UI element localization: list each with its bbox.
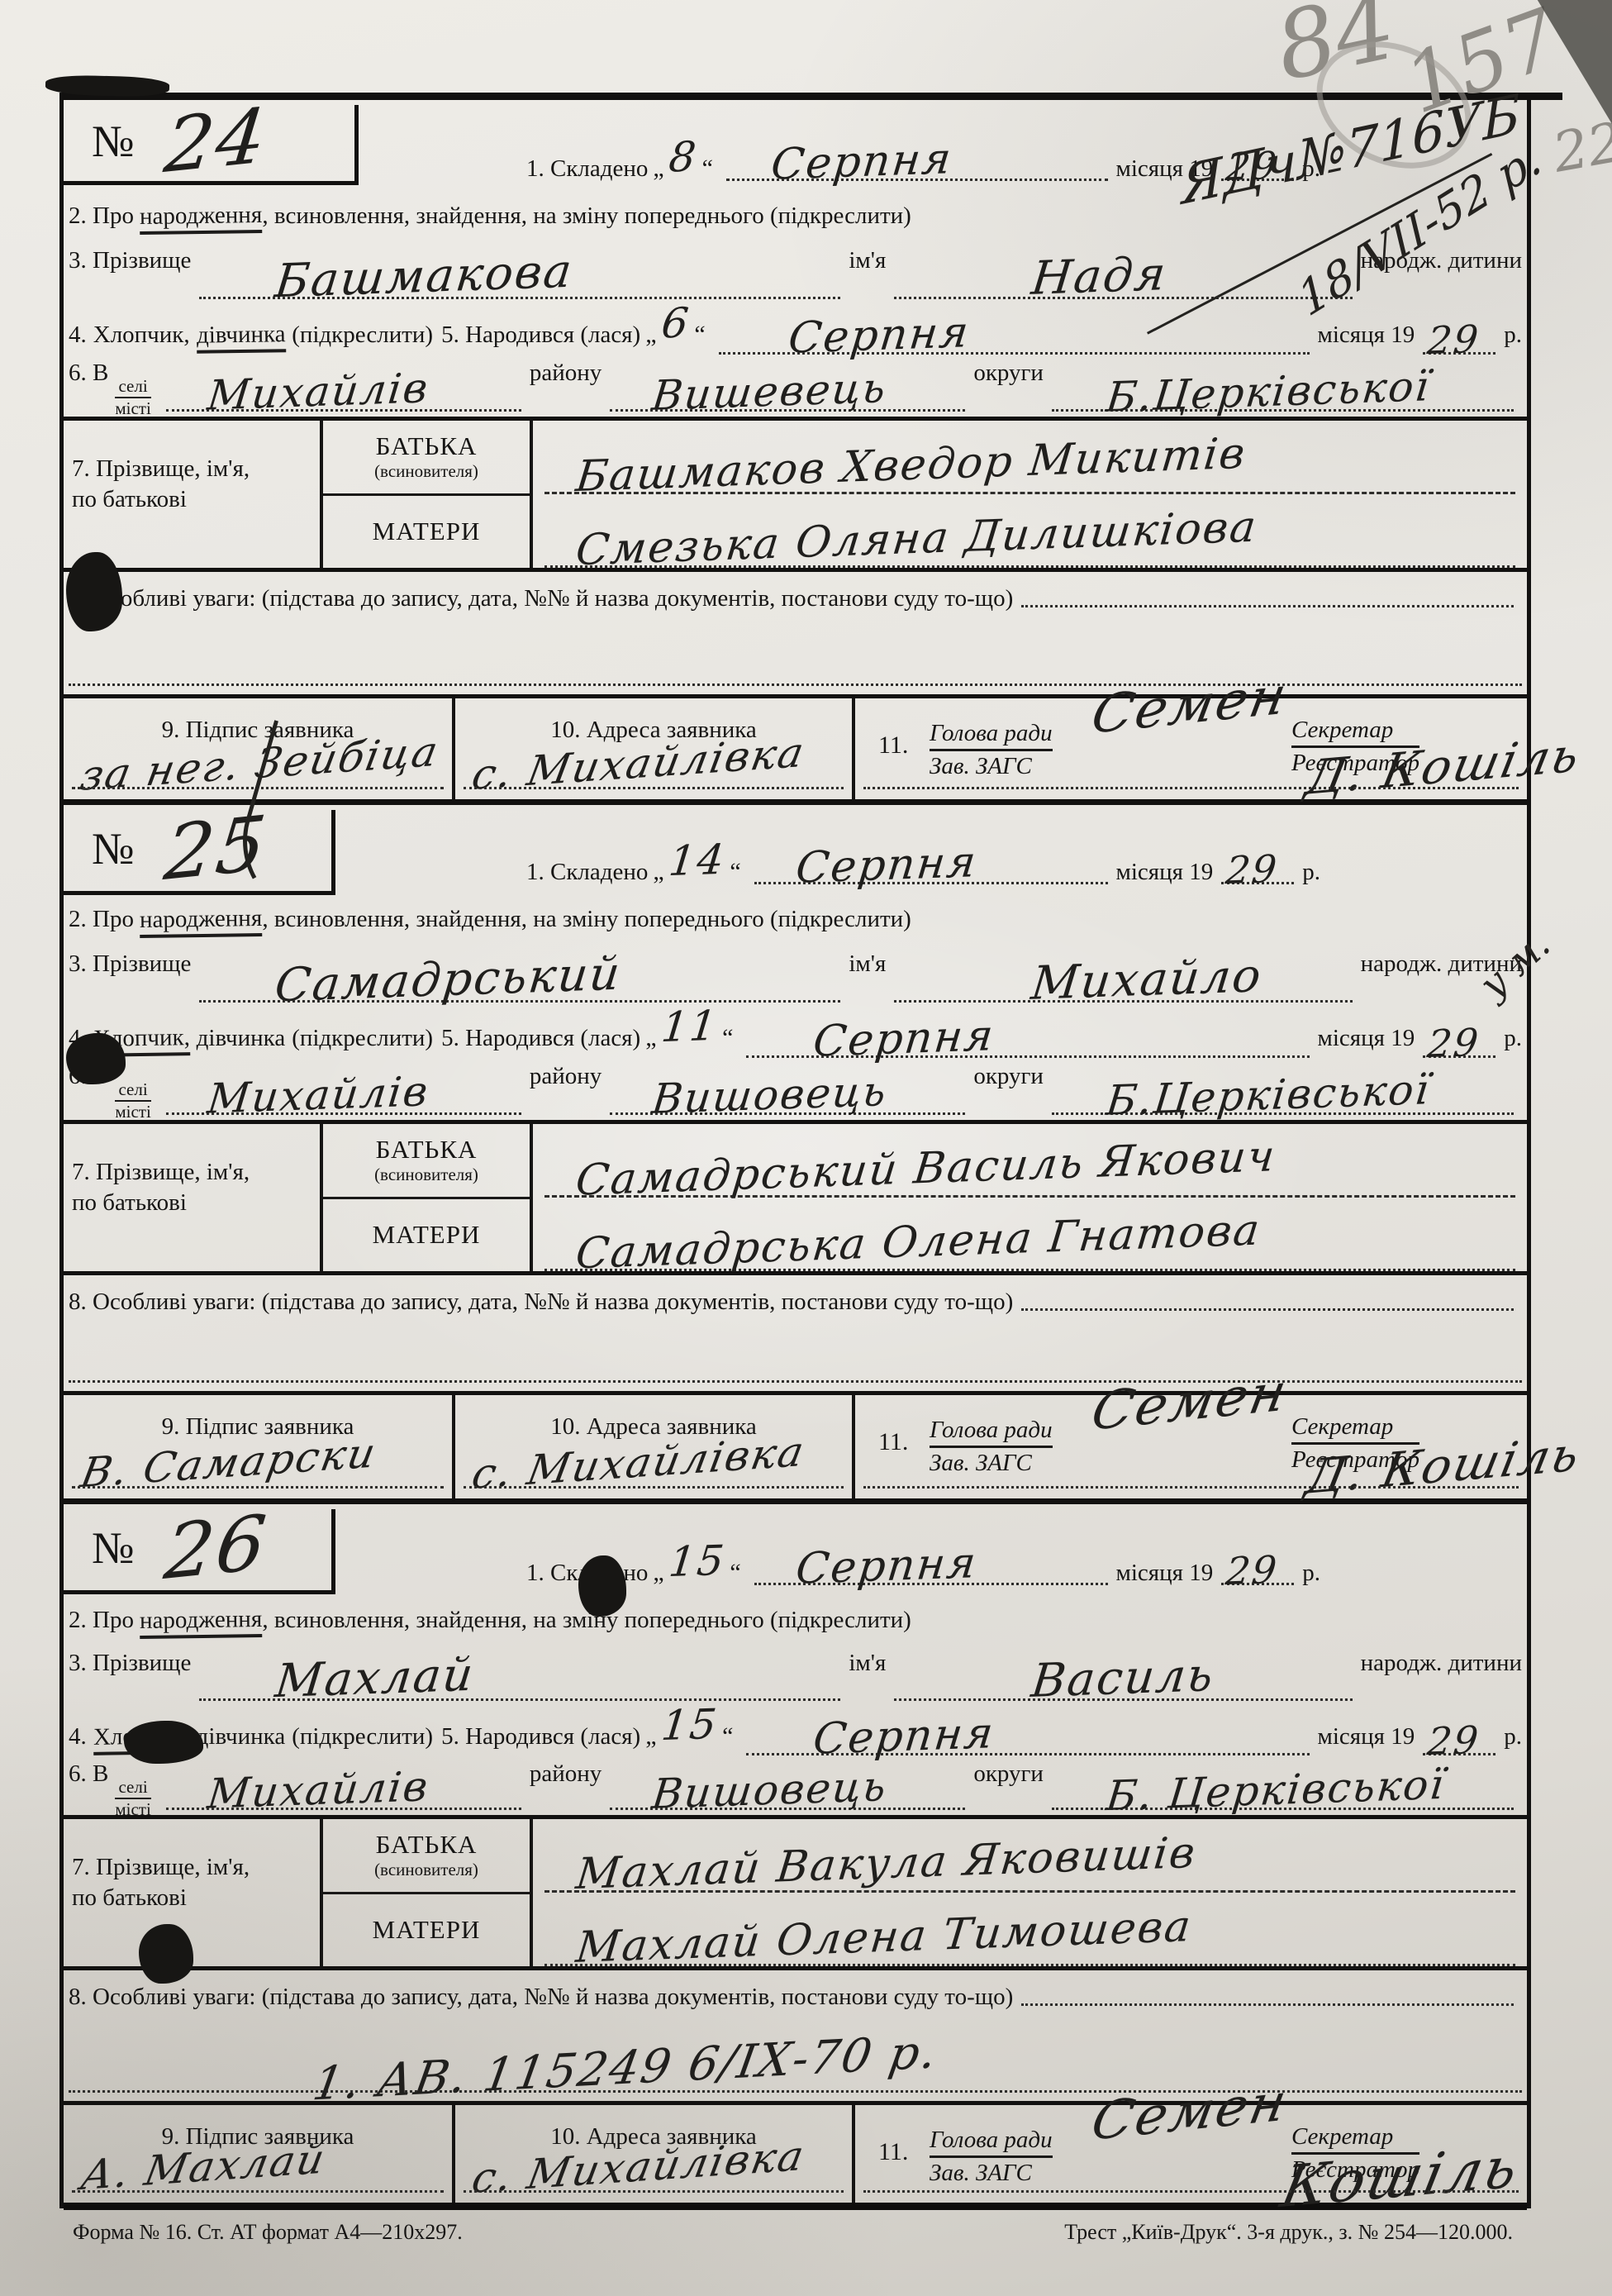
- born-month-line: Серпня: [746, 1051, 1309, 1058]
- misti-option: місті: [115, 1799, 150, 1819]
- father-label: БАТЬКА: [376, 1830, 478, 1860]
- quote-open: „: [653, 1559, 663, 1587]
- composed-year-line: 29: [1221, 1579, 1294, 1585]
- girl-option-underlined: дівчинка: [196, 321, 285, 353]
- zags-label: Зав. ЗАГС: [930, 753, 1053, 780]
- district-value: Вишовець: [649, 1762, 890, 1818]
- year-r-label: р.: [1504, 322, 1522, 349]
- applicant-address-cell: 10. Адреса заявника с. Михайлівка: [455, 2105, 855, 2203]
- born-month-line: Серпня: [746, 1749, 1309, 1755]
- mother-value-row: Самадрська Олена Гнатова: [544, 1198, 1515, 1271]
- record-26: № 26 1. Складено „ 15 “ Серпня місяця 19…: [64, 1504, 1527, 2210]
- boy-option: Хлопчик,: [93, 322, 190, 349]
- father-value-row: Башмаков Хведор Микитів: [544, 421, 1515, 494]
- line4-number: 4.: [69, 1723, 87, 1751]
- narodzh-dytyny-label: народж. дитини: [1361, 1650, 1522, 1677]
- line7-parents-table: 7. Прізвище, ім'я, по батькові БАТЬКА (в…: [64, 1815, 1527, 1970]
- line2-rest: , всиновлення, знайдення, на зміну попер…: [262, 906, 911, 932]
- village-value: Михайлів: [206, 364, 432, 419]
- misti-option: місті: [115, 1102, 150, 1122]
- name-label: ім'я: [849, 1650, 886, 1677]
- ink-blot: [124, 1721, 203, 1764]
- year-r-label: р.: [1504, 1025, 1522, 1052]
- zags-label: Зав. ЗАГС: [930, 2160, 1053, 2187]
- applicant-signature-cell: 9. Підпис заявника В. Самарски: [64, 1395, 455, 1498]
- adopter-label: (всиновителя): [374, 1860, 478, 1880]
- father-cell: БАТЬКА (всиновителя): [323, 1819, 530, 1894]
- composed-year-value: 29: [1224, 846, 1281, 893]
- composed-month-value: Серпня: [793, 837, 979, 893]
- mother-name-value: Смезька Оляна Дилишкіова: [573, 503, 1260, 576]
- father-name-value: Самадрський Василь Якович: [573, 1131, 1278, 1205]
- born-day-value: 6: [659, 298, 692, 347]
- parents-label-line1: 7. Прізвище, ім'я,: [72, 1159, 320, 1186]
- composed-month-value: Серпня: [793, 1538, 979, 1594]
- born-day-value: 15: [659, 1700, 720, 1750]
- born-year-line: 29: [1423, 1051, 1495, 1058]
- line8-remarks: 8. Особливі уваги: (підстава до запису, …: [64, 1275, 1527, 1391]
- applicant-address-cell: 10. Адреса заявника с. Михайлівка: [455, 698, 855, 799]
- underlined-narodzhennia: народження: [140, 905, 263, 938]
- name-value: Василь: [1029, 1648, 1217, 1708]
- remarks-tail-line: [1021, 601, 1514, 607]
- quote-open: „: [653, 155, 663, 183]
- remarks-label: 8. Особливі уваги: (підстава до запису, …: [69, 585, 1013, 612]
- mother-cell: МАТЕРИ: [323, 496, 530, 569]
- composed-line: 1. Складено „ 15 “ Серпня місяця 19 29 р…: [526, 1542, 1320, 1590]
- remarks-label-line: 8. Особливі уваги: (підстава до запису, …: [69, 572, 1522, 612]
- line8-remarks: 8. Особливі уваги: (підстава до запису, …: [64, 572, 1527, 694]
- parents-row-label: 7. Прізвище, ім'я, по батькові: [64, 1819, 320, 1966]
- line6-place: 6. В селімісті Михайлів району Вишовець …: [64, 1063, 1527, 1120]
- composed-label: 1. Складено: [526, 859, 648, 886]
- raion-label: району: [530, 1760, 602, 1788]
- raion-label: району: [530, 360, 602, 387]
- remarks-tail-line: [1021, 1999, 1514, 2006]
- line7-parents-table: 7. Прізвище, ім'я, по батькові БАТЬКА (в…: [64, 1120, 1527, 1275]
- parents-values: Самадрський Василь Якович Самадрська Оле…: [533, 1124, 1527, 1271]
- year-r-label: р.: [1504, 1723, 1522, 1751]
- signature-row: 9. Підпис заявника А. Махлай 10. Адреса …: [64, 2101, 1527, 2203]
- line45-sex-birthdate: 4. Хлопчик, дівчинка (підкреслити) 5. На…: [64, 1706, 1527, 1760]
- record-26-header: № 26 1. Складено „ 15 “ Серпня місяця 19…: [64, 1504, 1527, 1603]
- underlined-narodzhennia: народження: [140, 1606, 263, 1639]
- record-number-value: 26: [161, 1505, 271, 1591]
- born-year-value: 29: [1425, 1717, 1482, 1764]
- notes-value: 1. АВ. 115249 6/ІХ-70 р.: [309, 2025, 942, 2111]
- line45-sex-birthdate: 4. Хлопчик, дівчинка (підкреслити) 5. На…: [64, 1007, 1527, 1063]
- village-line: Михайлів: [166, 1108, 521, 1115]
- father-value-row: Самадрський Василь Якович: [544, 1124, 1515, 1198]
- line6-place: 6. В селімісті Михайлів району Вишовець …: [64, 1760, 1527, 1815]
- seli-misti-choice: селімісті: [115, 376, 150, 418]
- number-sign: №: [92, 116, 135, 167]
- underlined-narodzhennia: народження: [140, 202, 263, 235]
- quote-open: „: [645, 1024, 656, 1052]
- raion-line: Вишовець: [610, 1108, 965, 1115]
- head-of-council-label: Голова ради: [930, 720, 1053, 751]
- month-19-label: місяця 19: [1116, 859, 1214, 886]
- remarks-value-line: 1. АВ. 115249 6/ІХ-70 р.: [69, 2085, 1522, 2093]
- father-name-value: Башмаков Хведор Микитів: [573, 429, 1248, 502]
- parents-row-label: 7. Прізвище, ім'я, по батькові: [64, 1124, 320, 1271]
- born-month-value: Серпня: [787, 307, 972, 364]
- line4-number: 4.: [69, 322, 87, 349]
- adopter-label: (всиновителя): [374, 1165, 478, 1185]
- zags-label: Зав. ЗАГС: [930, 1450, 1053, 1477]
- line2-prefix: 2. Про: [69, 1607, 140, 1633]
- parents-values: Башмаков Хведор Микитів Смезька Оляна Ди…: [533, 421, 1527, 568]
- form-number-imprint: Форма № 16. Ст. АТ формат А4—210x297.: [73, 2220, 463, 2245]
- underline-hint-label: (підкреслити): [292, 322, 433, 349]
- surname-value: Башмакова: [273, 245, 576, 308]
- born-year-value: 29: [1425, 317, 1482, 363]
- quote-close: “: [722, 1722, 733, 1751]
- born-month-line: Серпня: [719, 348, 1310, 355]
- month-19-label: місяця 19: [1318, 1723, 1415, 1751]
- quote-close: “: [730, 858, 740, 886]
- line2-rest: , всиновлення, знайдення, на зміну попер…: [262, 202, 911, 229]
- okruha-label: округи: [973, 1760, 1044, 1788]
- composed-month-line: Серпня: [754, 1579, 1108, 1585]
- surname-value: Самадрський: [273, 947, 624, 1013]
- remarks-value-line: [69, 679, 1522, 686]
- head-of-council-stack: Голова ради Зав. ЗАГС: [930, 2127, 1053, 2187]
- applicant-address-cell: 10. Адреса заявника с. Михайлівка: [455, 1395, 855, 1498]
- year-r-label: р.: [1302, 859, 1320, 886]
- record-number-box: № 24: [64, 105, 359, 185]
- number-sign: №: [92, 1522, 135, 1574]
- quote-open: „: [653, 858, 663, 886]
- head-of-council-label: Голова ради: [930, 2127, 1053, 2158]
- seli-option: селі: [115, 1079, 150, 1102]
- okruha-value: Б.Церківської: [1104, 1065, 1433, 1125]
- okruha-value: Б. Церківської: [1104, 1760, 1448, 1820]
- okruha-label: округи: [973, 360, 1044, 387]
- born-year-line: 29: [1423, 348, 1495, 355]
- village-value: Михайлів: [206, 1067, 432, 1122]
- composed-year-line: 29: [1221, 878, 1294, 884]
- composed-line: 1. Складено „ 14 “ Серпня місяця 19 29 р…: [526, 841, 1320, 889]
- mother-label: МАТЕРИ: [373, 1220, 481, 1250]
- mother-value-row: Махлай Олена Тимошева: [544, 1893, 1515, 1966]
- form-imprint: Форма № 16. Ст. АТ формат А4—210x297. Тр…: [0, 2220, 1612, 2245]
- seli-option: селі: [115, 1777, 150, 1799]
- mother-name-value: Махлай Олена Тимошева: [573, 1902, 1194, 1973]
- father-label: БАТЬКА: [376, 1135, 478, 1165]
- pencil-number-annotation: 22: [1548, 110, 1612, 184]
- seli-option: селі: [115, 376, 150, 398]
- surname-label: 3. Прізвище: [69, 1650, 191, 1677]
- okruha-line: Б. Церківської: [1052, 1803, 1514, 1810]
- underline-hint-label: (підкреслити): [292, 1723, 433, 1751]
- composed-month-value: Серпня: [769, 134, 955, 190]
- name-line: Михайло: [894, 996, 1352, 1003]
- okruha-value: Б.Церківської: [1104, 362, 1433, 422]
- scanned-registry-page: № 24 1. Складено „ 8 “ Серпня місяця 19 …: [0, 0, 1612, 2296]
- year-r-label: р.: [1302, 1560, 1320, 1587]
- signature-row: 9. Підпис заявника В. Самарски 10. Адрес…: [64, 1391, 1527, 1498]
- composed-day-value: 14: [667, 836, 728, 885]
- officials-cell: 11. Голова ради Зав. ЗАГС Семен Секретар…: [855, 1395, 1527, 1498]
- born-year-line: 29: [1423, 1749, 1495, 1755]
- surname-line: Самадрський: [199, 996, 840, 1003]
- born-label: 5. Народився (лася): [441, 322, 640, 349]
- composed-month-line: Серпня: [754, 878, 1108, 884]
- okruha-line: Б.Церківської: [1052, 405, 1514, 412]
- born-day-value: 11: [659, 1002, 720, 1051]
- mother-label: МАТЕРИ: [373, 1915, 481, 1945]
- mother-value-row: Смезька Оляна Дилишкіова: [544, 494, 1515, 568]
- district-value: Вишовець: [649, 1067, 890, 1123]
- parents-header-cells: БАТЬКА (всиновителя) МАТЕРИ: [320, 421, 533, 568]
- parents-label-line1: 7. Прізвище, ім'я,: [72, 455, 320, 483]
- ink-blot: [578, 1555, 626, 1617]
- line3-child-name: 3. Прізвище Махлай ім'я Василь народж. д…: [64, 1650, 1527, 1706]
- name-line: Василь: [894, 1694, 1352, 1701]
- misti-option: місті: [115, 398, 150, 418]
- name-value: Надя: [1029, 247, 1169, 306]
- line2-prefix: 2. Про: [69, 202, 140, 229]
- girl-option: дівчинка: [197, 1025, 286, 1052]
- parents-values: Махлай Вакула Яковишів Махлай Олена Тимо…: [533, 1819, 1527, 1966]
- seli-misti-choice: селімісті: [115, 1079, 150, 1122]
- surname-line: Башмакова: [199, 293, 840, 299]
- line3-child-name: 3. Прізвище Самадрський ім'я Михайло нар…: [64, 950, 1527, 1007]
- remarks-value-line: [69, 1375, 1522, 1383]
- adopter-label: (всиновителя): [374, 461, 478, 482]
- quote-close: “: [702, 155, 713, 183]
- surname-value: Махлай: [273, 1648, 478, 1708]
- okruha-label: округи: [973, 1063, 1044, 1090]
- month-19-label: місяця 19: [1116, 1560, 1214, 1587]
- mother-label: МАТЕРИ: [373, 517, 481, 546]
- born-label: 5. Народився (лася): [441, 1025, 640, 1052]
- parents-row-label: 7. Прізвище, ім'я, по батькові: [64, 421, 320, 568]
- record-number-box: № 26: [64, 1509, 335, 1594]
- line2-prefix: 2. Про: [69, 906, 140, 932]
- composed-day-value: 15: [667, 1536, 728, 1586]
- surname-label: 3. Прізвище: [69, 950, 191, 978]
- head-of-council-stack: Голова ради Зав. ЗАГС: [930, 720, 1053, 780]
- born-month-value: Серпня: [811, 1708, 997, 1765]
- quote-open: „: [645, 321, 656, 349]
- line11-number: 11.: [878, 731, 908, 760]
- printer-imprint: Трест „Київ-Друк“. 3-я друк., з. № 254—1…: [1064, 2220, 1513, 2245]
- line2-event-type: 2. Про народження, всиновлення, знайденн…: [64, 199, 1527, 247]
- quote-close: “: [730, 1559, 740, 1587]
- underline-hint-label: (підкреслити): [292, 1025, 433, 1052]
- head-of-council-label: Голова ради: [930, 1417, 1053, 1448]
- raion-line: Вишевець: [610, 405, 965, 412]
- composed-label: 1. Складено: [526, 155, 648, 183]
- secretary-label: Секретар: [1291, 1413, 1419, 1445]
- parents-header-cells: БАТЬКА (всиновителя) МАТЕРИ: [320, 1124, 533, 1271]
- father-cell: БАТЬКА (всиновителя): [323, 421, 530, 496]
- line6-prefix: 6. В: [69, 1760, 108, 1788]
- remarks-label-line: 8. Особливі уваги: (підстава до запису, …: [69, 1970, 1522, 2011]
- parents-label-line2: по батькові: [72, 1189, 320, 1217]
- mother-cell: МАТЕРИ: [323, 1894, 530, 1967]
- composed-month-line: Серпня: [726, 174, 1108, 181]
- line8-remarks: 8. Особливі уваги: (підстава до запису, …: [64, 1970, 1527, 2101]
- quote-close: “: [694, 321, 705, 349]
- seli-misti-choice: селімісті: [115, 1777, 150, 1819]
- ink-blot: [66, 1033, 126, 1084]
- raion-line: Вишовець: [610, 1803, 965, 1810]
- father-value-row: Махлай Вакула Яковишів: [544, 1819, 1515, 1893]
- name-value: Михайло: [1029, 949, 1265, 1011]
- father-label: БАТЬКА: [376, 431, 478, 461]
- okruha-line: Б.Церківської: [1052, 1108, 1514, 1115]
- officials-cell: 11. Голова ради Зав. ЗАГС Семен Секретар…: [855, 698, 1527, 799]
- village-line: Михайлів: [166, 405, 521, 412]
- line7-parents-table: 7. Прізвище, ім'я, по батькові БАТЬКА (в…: [64, 417, 1527, 572]
- form-border-right: [1527, 98, 1531, 2208]
- district-value: Вишевець: [649, 364, 889, 420]
- parents-label-line2: по батькові: [72, 1884, 320, 1912]
- name-label: ім'я: [849, 950, 886, 978]
- ink-blot: [66, 552, 122, 631]
- mother-name-value: Самадрська Олена Гнатова: [573, 1206, 1263, 1279]
- line6-place: 6. В селімісті Михайлів району Вишевець …: [64, 360, 1527, 417]
- line6-prefix: 6. В: [69, 360, 108, 387]
- village-line: Михайлів: [166, 1803, 521, 1810]
- parents-label-line1: 7. Прізвище, ім'я,: [72, 1854, 320, 1881]
- composed-year-value: 29: [1224, 1547, 1281, 1593]
- village-value: Михайлів: [206, 1762, 432, 1817]
- surname-label: 3. Прізвище: [69, 247, 191, 274]
- record-24: № 24 1. Складено „ 8 “ Серпня місяця 19 …: [64, 100, 1527, 805]
- quote-open: „: [645, 1722, 656, 1751]
- remarks-label: 8. Особливі уваги: (підстава до запису, …: [69, 1289, 1013, 1316]
- born-label: 5. Народився (лася): [441, 1723, 640, 1751]
- name-label: ім'я: [849, 247, 886, 274]
- surname-line: Махлай: [199, 1694, 840, 1701]
- line2-event-type: 2. Про народження, всиновлення, знайденн…: [64, 1603, 1527, 1650]
- girl-option: дівчинка: [197, 1723, 286, 1751]
- father-name-value: Махлай Вакула Яковишів: [573, 1828, 1199, 1899]
- month-19-label: місяця 19: [1318, 1025, 1415, 1052]
- line11-number: 11.: [878, 2138, 908, 2166]
- remarks-tail-line: [1021, 1304, 1514, 1311]
- head-of-council-stack: Голова ради Зав. ЗАГС: [930, 1417, 1053, 1477]
- parents-label-line2: по батькові: [72, 486, 320, 513]
- born-month-value: Серпня: [811, 1011, 997, 1067]
- father-cell: БАТЬКА (всиновителя): [323, 1124, 530, 1199]
- composed-day-value: 8: [667, 132, 700, 181]
- remarks-label: 8. Особливі уваги: (підстава до запису, …: [69, 1984, 1013, 2011]
- name-line: Надя: [894, 293, 1352, 299]
- remarks-label-line: 8. Особливі уваги: (підстава до запису, …: [69, 1275, 1522, 1316]
- mother-cell: МАТЕРИ: [323, 1199, 530, 1272]
- quote-close: “: [722, 1024, 733, 1052]
- applicant-signature-cell: 9. Підпис заявника А. Махлай: [64, 2105, 455, 2203]
- born-year-value: 29: [1425, 1020, 1482, 1066]
- raion-label: району: [530, 1063, 602, 1090]
- officials-cell: 11. Голова ради Зав. ЗАГС Семен Секретар…: [855, 2105, 1527, 2203]
- number-sign: №: [92, 823, 135, 874]
- line11-number: 11.: [878, 1428, 908, 1456]
- month-19-label: місяця 19: [1318, 322, 1415, 349]
- record-number-value: 24: [161, 98, 271, 184]
- parents-header-cells: БАТЬКА (всиновителя) МАТЕРИ: [320, 1819, 533, 1966]
- ink-blot: [139, 1924, 193, 1984]
